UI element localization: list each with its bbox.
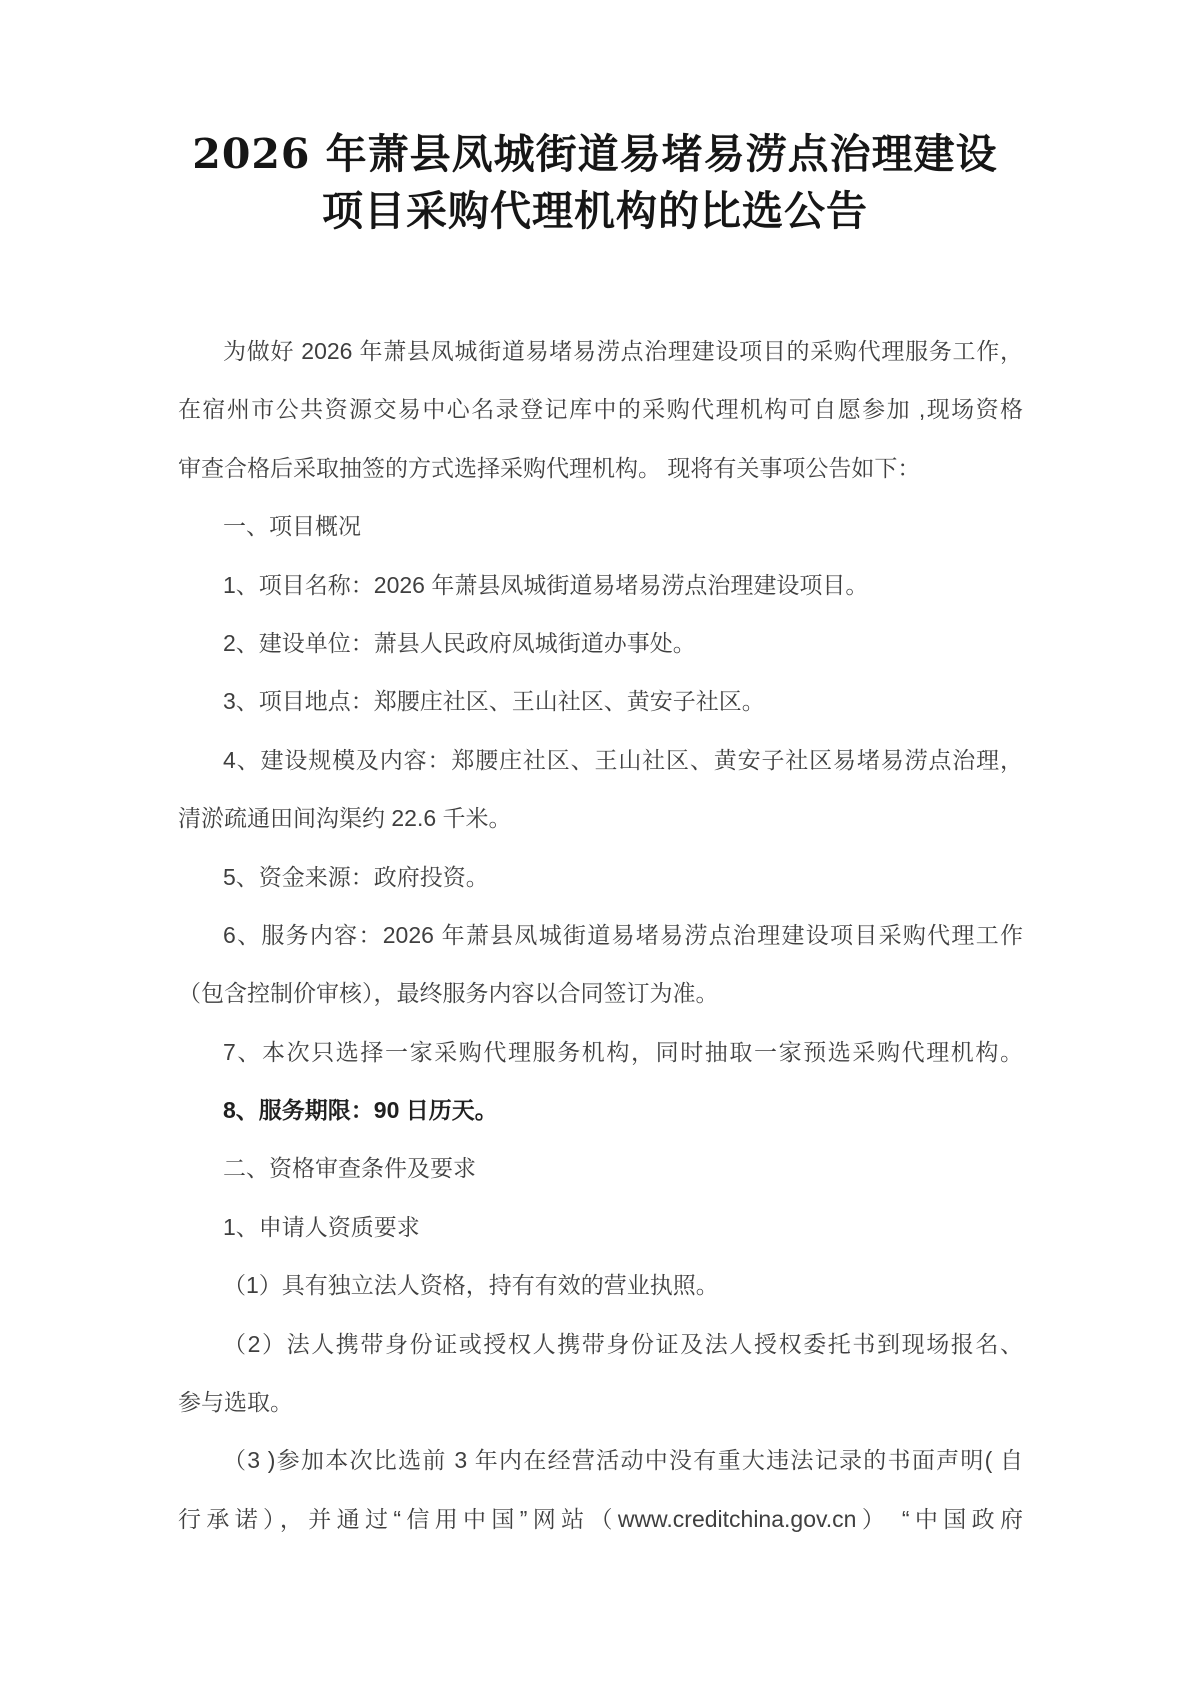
text-line: 8、服务期限：90 日历天。 [178, 1081, 1023, 1139]
text-line: 二、资格审查条件及要求 [178, 1139, 1023, 1197]
document-page: 2026 年萧县凤城街道易堵易涝点治理建设 项目采购代理机构的比选公告 为做好 … [0, 0, 1190, 1683]
text-line: 6、服务内容：2026 年萧县凤城街道易堵易涝点治理建设项目采购代理工作 [178, 906, 1023, 964]
text-line: 参与选取。 [178, 1373, 1023, 1431]
text-line: 7、本次只选择一家采购代理服务机构，同时抽取一家预选采购代理机构。 [178, 1023, 1023, 1081]
text-line: 清淤疏通田间沟渠约 22.6 千米。 [178, 789, 1023, 847]
document-title: 2026 年萧县凤城街道易堵易涝点治理建设 项目采购代理机构的比选公告 [0, 126, 1190, 240]
text-line: 5、资金来源：政府投资。 [178, 848, 1023, 906]
text-line: （2）法人携带身份证或授权人携带身份证及法人授权委托书到现场报名、 [178, 1315, 1023, 1373]
text-line: 3、项目地点：郑腰庄社区、王山社区、黄安子社区。 [178, 672, 1023, 730]
text-line: 一、项目概况 [178, 497, 1023, 555]
text-line: （1）具有独立法人资格，持有有效的营业执照。 [178, 1256, 1023, 1314]
text-line: 行承诺），并通过“信用中国”网站（www.creditchina.gov.cn）… [178, 1490, 1023, 1548]
text-line: （包含控制价审核），最终服务内容以合同签订为准。 [178, 964, 1023, 1022]
document-title-line-2: 项目采购代理机构的比选公告 [0, 183, 1190, 240]
text-line: （3 )参加本次比选前 3 年内在经营活动中没有重大违法记录的书面声明( 自 [178, 1431, 1023, 1489]
text-line: 1、申请人资质要求 [178, 1198, 1023, 1256]
document-body: 为做好 2026 年萧县凤城街道易堵易涝点治理建设项目的采购代理服务工作，在宿州… [178, 322, 1023, 1548]
text-line: 2、建设单位：萧县人民政府凤城街道办事处。 [178, 614, 1023, 672]
document-title-line-1: 2026 年萧县凤城街道易堵易涝点治理建设 [0, 126, 1190, 183]
text-line: 1、项目名称：2026 年萧县凤城街道易堵易涝点治理建设项目。 [178, 556, 1023, 614]
text-line: 4、建设规模及内容：郑腰庄社区、王山社区、黄安子社区易堵易涝点治理， [178, 731, 1023, 789]
text-line: 为做好 2026 年萧县凤城街道易堵易涝点治理建设项目的采购代理服务工作， [178, 322, 1023, 380]
text-line: 审查合格后采取抽签的方式选择采购代理机构。 现将有关事项公告如下： [178, 439, 1023, 497]
text-line: 在宿州市公共资源交易中心名录登记库中的采购代理机构可自愿参加 ,现场资格 [178, 380, 1023, 438]
